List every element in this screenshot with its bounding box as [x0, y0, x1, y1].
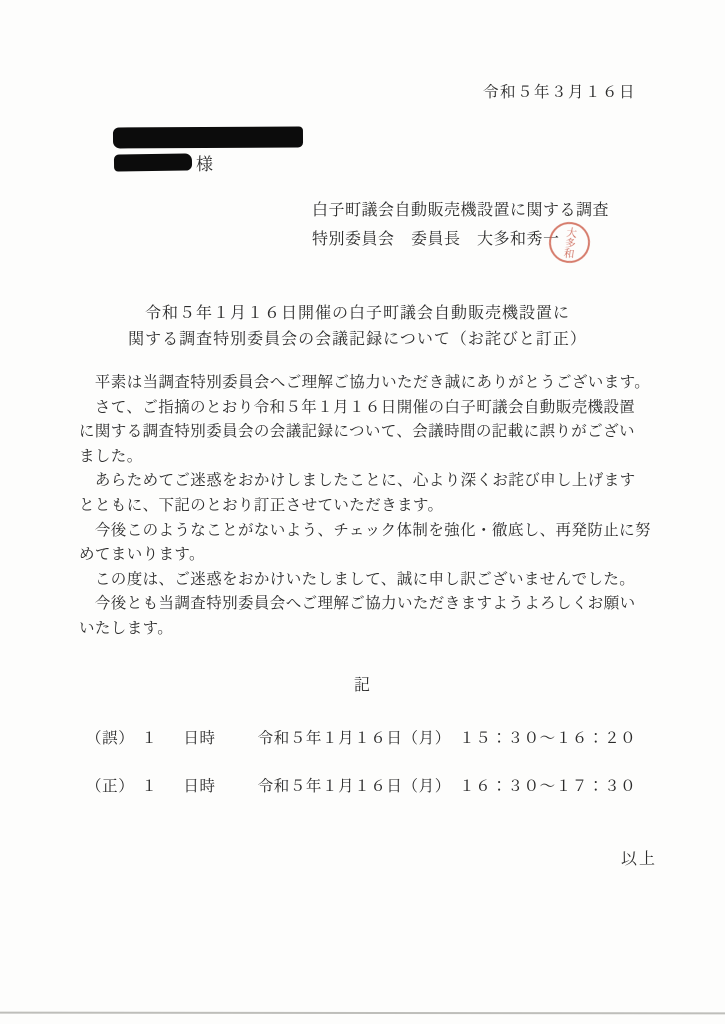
correction-row-incorrect: （誤）１日時令和５年１月１６日（月） １５：３０～１６：２０	[86, 726, 636, 748]
body-line: あらためてご迷惑をおかけしましたことに、心より深くお詫び申し上げます	[79, 469, 679, 494]
correction-label-correct: （正）	[86, 778, 134, 795]
body-line: 平素は当調査特別委員会へご理解ご協力いただき誠にありがとうございます。	[79, 371, 679, 396]
correction-row-correct: （正）１日時令和５年１月１６日（月） １６：３０～１７：３０	[86, 774, 636, 796]
redaction-bar-recipient-name	[114, 153, 192, 171]
body-line: 今後とも当調査特別委員会へご理解ご協力いただきますようよろしくお願い	[79, 592, 679, 617]
body-line: いたします。	[79, 617, 679, 642]
scan-edge-artifact	[0, 1012, 725, 1014]
redaction-bar-address	[113, 127, 303, 149]
correction-label-incorrect: （誤）	[86, 730, 134, 747]
correction-field-label: 日時	[183, 730, 215, 747]
letter-page: 令和５年３月１６日 様 白子町議会自動販売機設置に関する調査 特別委員会 委員長…	[0, 0, 725, 1024]
correction-item-number: １	[141, 730, 157, 747]
body-line: に関する調査特別委員会の会議記録について、会議時間の記載に誤りがござい	[79, 420, 679, 445]
correction-item-number: １	[141, 778, 157, 795]
letter-title: 令和５年１月１６日開催の白子町議会自動販売機設置に 関する調査特別委員会の会議記…	[0, 301, 715, 353]
correction-field-label: 日時	[183, 778, 215, 795]
body-line: 今後このようなことがないよう、チェック体制を強化・徹底し、再発防止に努	[79, 519, 679, 544]
body-line: さて、ご指摘のとおり令和５年１月１６日開催の白子町議会自動販売機設置	[79, 396, 679, 421]
letter-date: 令和５年３月１６日	[483, 80, 636, 102]
body-line: めてまいります。	[79, 543, 679, 568]
body-line: とともに、下記のとおり訂正させていただきます。	[79, 494, 679, 519]
body-line: ました。	[79, 445, 679, 470]
body-line: この度は、ご迷惑をおかけいたしまして、誠に申し訳ございませんでした。	[79, 568, 679, 593]
letter-title-line2: 関する調査特別委員会の会議記録について（お詫びと訂正）	[0, 327, 715, 353]
sender-organization: 白子町議会自動販売機設置に関する調査	[312, 196, 609, 225]
recipient-honorific: 様	[196, 150, 213, 175]
correction-value-incorrect: 令和５年１月１６日（月） １５：３０～１６：２０	[258, 730, 637, 747]
seal-text: 大多和	[562, 225, 577, 260]
letter-body: 平素は当調査特別委員会へご理解ご協力いただき誠にありがとうございます。 さて、ご…	[79, 371, 679, 642]
letter-title-line1: 令和５年１月１６日開催の白子町議会自動販売機設置に	[0, 301, 715, 327]
record-marker: 記	[0, 672, 725, 695]
closing-marker: 以上	[621, 846, 657, 869]
correction-value-correct: 令和５年１月１６日（月） １６：３０～１７：３０	[258, 778, 637, 795]
